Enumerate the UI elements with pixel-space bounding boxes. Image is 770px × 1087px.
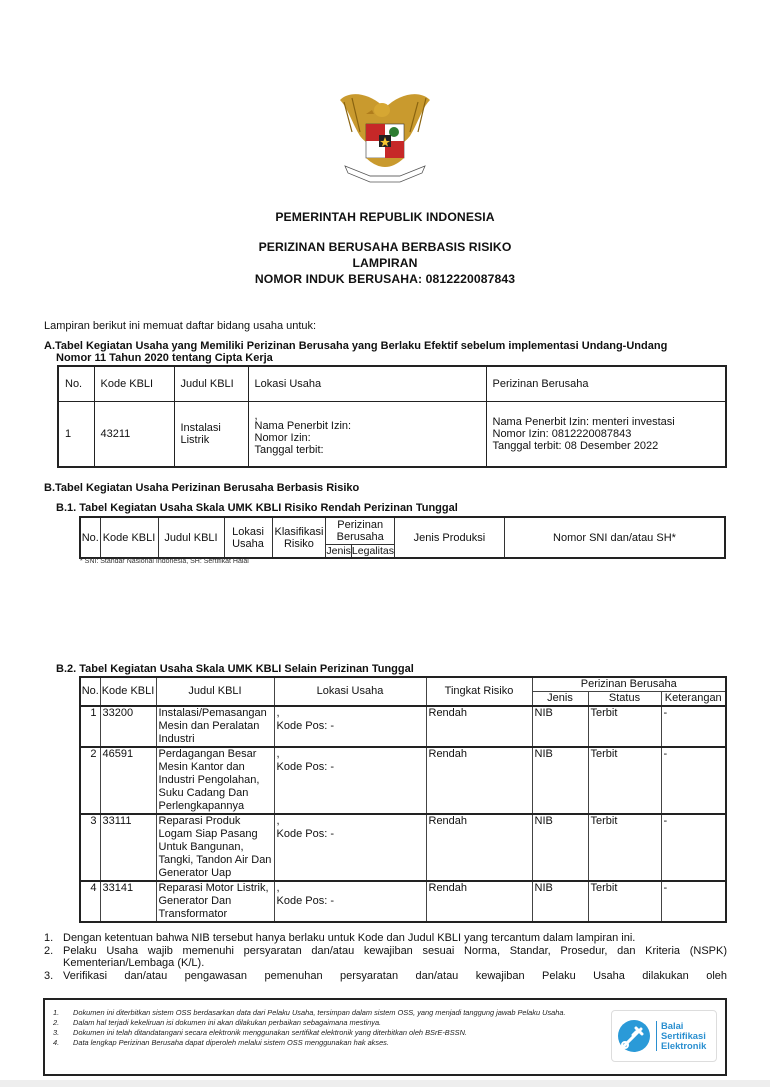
table-b1: No. Kode KBLI Judul KBLI Lokasi Usaha Kl… xyxy=(79,516,726,559)
footer-note: 4.Data lengkap Perizinan Berusaha dapat … xyxy=(53,1038,613,1048)
lokasi-line: Nomor Izin: xyxy=(255,432,480,444)
cell-lokasi: ,Kode Pos: - xyxy=(274,814,426,881)
cell-no: 3 xyxy=(80,814,100,881)
footer-note: 1.Dokumen ini diterbitkan sistem OSS ber… xyxy=(53,1008,613,1018)
cell-jenis: NIB xyxy=(532,706,588,747)
logo-line: Elektronik xyxy=(661,1041,706,1051)
cell-no: 1 xyxy=(80,706,100,747)
footer-note: 3.Dokumen ini telah ditandatangani secar… xyxy=(53,1028,613,1038)
cell-no: 2 xyxy=(80,747,100,814)
perizinan-line: Nama Penerbit Izin: menteri investasi xyxy=(493,416,720,428)
col-kode-kbli: Kode KBLI xyxy=(100,517,158,558)
cell-keterangan: - xyxy=(661,706,726,747)
cell-status: Terbit xyxy=(588,814,661,881)
col-jenis-produksi: Jenis Produksi xyxy=(394,517,504,558)
lokasi-line: , xyxy=(277,748,424,761)
cell-judul: Reparasi Produk Logam Siap Pasang Untuk … xyxy=(156,814,274,881)
cell-lokasi: ,Kode Pos: - xyxy=(274,881,426,922)
section-b-title: B.Tabel Kegiatan Usaha Perizinan Berusah… xyxy=(44,482,359,494)
nib-number: NOMOR INDUK BERUSAHA: 0812220087843 xyxy=(0,272,770,286)
terms-list: 1.Dengan ketentuan bahwa NIB tersebut ha… xyxy=(44,932,727,982)
footer-note-text: Dalam hal terjadi kekeliruan isi dokumen… xyxy=(73,1018,381,1028)
col-judul-kbli: Judul KBLI xyxy=(174,366,248,402)
col-no: No. xyxy=(80,517,100,558)
lokasi-line: Kode Pos: - xyxy=(277,761,424,774)
table-a: No. Kode KBLI Judul KBLI Lokasi Usaha Pe… xyxy=(57,365,727,468)
table-b2-header: No. Kode KBLI Judul KBLI Lokasi Usaha Ti… xyxy=(80,677,726,692)
cell-jenis: NIB xyxy=(532,814,588,881)
col-jenis: Jenis xyxy=(532,692,588,707)
col-perizinan-berusaha: Perizinan Berusaha xyxy=(326,517,395,545)
cell-jenis: NIB xyxy=(532,881,588,922)
lokasi-line: Kode Pos: - xyxy=(277,720,424,733)
cell-kode: 33141 xyxy=(100,881,156,922)
col-legalitas: Legalitas xyxy=(351,545,394,559)
cell-judul: Instalasi Listrik xyxy=(174,402,248,468)
section-a-title-line1: A.Tabel Kegiatan Usaha yang Memiliki Per… xyxy=(44,340,728,352)
table-row: 433141Reparasi Motor Listrik, Generator … xyxy=(80,881,726,922)
intro-text: Lampiran berikut ini memuat daftar bidan… xyxy=(44,320,316,332)
document-title: PERIZINAN BERUSAHA BERBASIS RISIKO xyxy=(0,240,770,254)
col-perizinan-berusaha: Perizinan Berusaha xyxy=(486,366,726,402)
footer-note-text: Data lengkap Perizinan Berusaha dapat di… xyxy=(73,1038,389,1048)
terms-num: 3. xyxy=(44,970,63,983)
footer-note-num: 2. xyxy=(53,1018,73,1028)
cell-risiko: Rendah xyxy=(426,747,532,814)
table-row: 333111Reparasi Produk Logam Siap Pasang … xyxy=(80,814,726,881)
cell-keterangan: - xyxy=(661,747,726,814)
terms-item: 1.Dengan ketentuan bahwa NIB tersebut ha… xyxy=(44,932,727,945)
cell-perizinan: Nama Penerbit Izin: menteri investasi No… xyxy=(486,402,726,468)
col-lokasi-usaha: Lokasi Usaha xyxy=(224,517,272,558)
footer-notes: 1.Dokumen ini diterbitkan sistem OSS ber… xyxy=(53,1008,613,1048)
cell-kode: 46591 xyxy=(100,747,156,814)
cell-status: Terbit xyxy=(588,881,661,922)
lokasi-line: , xyxy=(255,412,480,420)
col-jenis: Jenis xyxy=(326,545,352,559)
cell-status: Terbit xyxy=(588,747,661,814)
lokasi-line: , xyxy=(277,707,424,720)
section-b1-title: B.1. Tabel Kegiatan Usaha Skala UMK KBLI… xyxy=(56,502,458,514)
terms-item: 3.Verifikasi dan/atau pengawasan pemenuh… xyxy=(44,970,727,983)
col-keterangan: Keterangan xyxy=(661,692,726,707)
sni-footnote: * SNI: Standar Nasional Indonesia, SH: S… xyxy=(80,558,249,565)
cell-kode: 43211 xyxy=(94,402,174,468)
table-row: 1 43211 Instalasi Listrik , Nama Penerbi… xyxy=(58,402,726,468)
section-a-title-line2: Nomor 11 Tahun 2020 tentang Cipta Kerja xyxy=(44,352,728,364)
garuda-emblem-icon xyxy=(330,88,440,194)
cell-judul: Perdagangan Besar Mesin Kantor dan Indus… xyxy=(156,747,274,814)
cell-no: 1 xyxy=(58,402,94,468)
col-no: No. xyxy=(58,366,94,402)
table-a-header: No. Kode KBLI Judul KBLI Lokasi Usaha Pe… xyxy=(58,366,726,402)
col-judul-kbli: Judul KBLI xyxy=(156,677,274,706)
col-lokasi-usaha: Lokasi Usaha xyxy=(274,677,426,706)
bsre-logo: Balai Sertifikasi Elektronik xyxy=(611,1010,717,1062)
col-lokasi-usaha: Lokasi Usaha xyxy=(248,366,486,402)
document-subtitle: LAMPIRAN xyxy=(0,256,770,270)
table-b2: No. Kode KBLI Judul KBLI Lokasi Usaha Ti… xyxy=(79,676,727,923)
cell-lokasi: ,Kode Pos: - xyxy=(274,747,426,814)
footer-note-num: 4. xyxy=(53,1038,73,1048)
footer-note-text: Dokumen ini diterbitkan sistem OSS berda… xyxy=(73,1008,566,1018)
cell-jenis: NIB xyxy=(532,747,588,814)
footer-box: 1.Dokumen ini diterbitkan sistem OSS ber… xyxy=(43,998,727,1076)
page-bottom-bar xyxy=(0,1080,770,1087)
footer-note-text: Dokumen ini telah ditandatangani secara … xyxy=(73,1028,467,1038)
terms-num: 1. xyxy=(44,932,63,945)
cell-kode: 33111 xyxy=(100,814,156,881)
cell-risiko: Rendah xyxy=(426,814,532,881)
lokasi-line: Kode Pos: - xyxy=(277,895,424,908)
footer-note: 2.Dalam hal terjadi kekeliruan isi dokum… xyxy=(53,1018,613,1028)
cell-keterangan: - xyxy=(661,814,726,881)
terms-text: Dengan ketentuan bahwa NIB tersebut hany… xyxy=(63,932,635,945)
col-kode-kbli: Kode KBLI xyxy=(100,677,156,706)
lokasi-line: Nama Penerbit Izin: xyxy=(255,420,480,432)
cell-judul: Instalasi/Pemasangan Mesin dan Peralatan… xyxy=(156,706,274,747)
col-no: No. xyxy=(80,677,100,706)
table-row: 133200Instalasi/Pemasangan Mesin dan Per… xyxy=(80,706,726,747)
lokasi-line: , xyxy=(277,882,424,895)
table-b1-header: No. Kode KBLI Judul KBLI Lokasi Usaha Kl… xyxy=(80,517,725,545)
section-b2-title: B.2. Tabel Kegiatan Usaha Skala UMK KBLI… xyxy=(56,663,414,675)
cell-keterangan: - xyxy=(661,881,726,922)
col-klasifikasi-risiko: Klasifikasi Risiko xyxy=(272,517,326,558)
cell-lokasi: ,Kode Pos: - xyxy=(274,706,426,747)
lokasi-line: , xyxy=(277,815,424,828)
col-kode-kbli: Kode KBLI xyxy=(94,366,174,402)
terms-item: 2.Pelaku Usaha wajib memenuhi persyarata… xyxy=(44,945,727,970)
key-seal-icon xyxy=(616,1018,652,1054)
footer-note-num: 3. xyxy=(53,1028,73,1038)
cell-risiko: Rendah xyxy=(426,706,532,747)
table-row: 246591Perdagangan Besar Mesin Kantor dan… xyxy=(80,747,726,814)
lokasi-line: Kode Pos: - xyxy=(277,828,424,841)
cell-lokasi: , Nama Penerbit Izin: Nomor Izin: Tangga… xyxy=(248,402,486,468)
col-judul-kbli: Judul KBLI xyxy=(158,517,224,558)
terms-text: Verifikasi dan/atau pengawasan pemenuhan… xyxy=(63,970,727,983)
cell-kode: 33200 xyxy=(100,706,156,747)
cell-no: 4 xyxy=(80,881,100,922)
perizinan-line: Tanggal terbit: 08 Desember 2022 xyxy=(493,440,720,452)
perizinan-line: Nomor Izin: 0812220087843 xyxy=(493,428,720,440)
bsre-logo-text: Balai Sertifikasi Elektronik xyxy=(656,1021,706,1051)
col-nomor-sni: Nomor SNI dan/atau SH* xyxy=(504,517,725,558)
col-tingkat-risiko: Tingkat Risiko xyxy=(426,677,532,706)
cell-status: Terbit xyxy=(588,706,661,747)
terms-text: Pelaku Usaha wajib memenuhi persyaratan … xyxy=(63,945,727,970)
section-a-title: A.Tabel Kegiatan Usaha yang Memiliki Per… xyxy=(44,340,728,364)
col-status: Status xyxy=(588,692,661,707)
col-perizinan-berusaha: Perizinan Berusaha xyxy=(532,677,726,692)
terms-num: 2. xyxy=(44,945,63,970)
government-title: PEMERINTAH REPUBLIK INDONESIA xyxy=(0,210,770,224)
cell-risiko: Rendah xyxy=(426,881,532,922)
lokasi-line: Tanggal terbit: xyxy=(255,444,480,456)
cell-judul: Reparasi Motor Listrik, Generator Dan Tr… xyxy=(156,881,274,922)
footer-note-num: 1. xyxy=(53,1008,73,1018)
